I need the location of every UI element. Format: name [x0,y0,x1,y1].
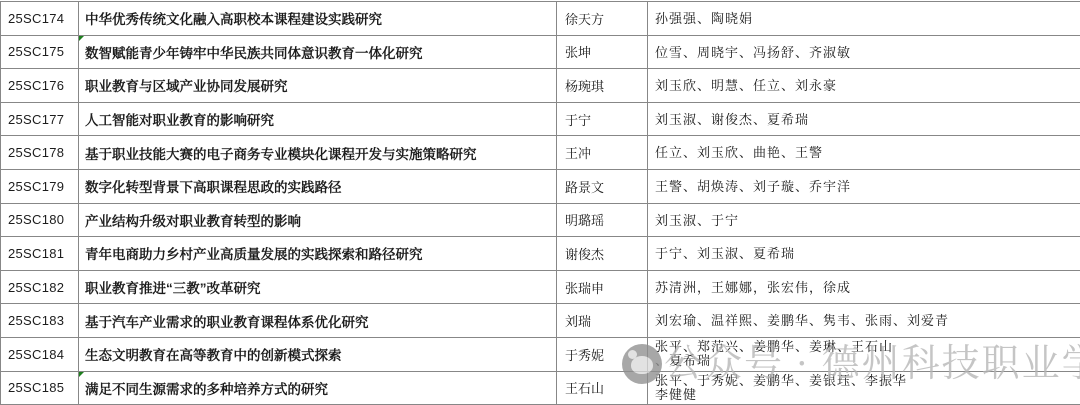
members-text: 刘玉淑、谢俊杰、夏希瑞 [655,113,809,127]
project-id-cell[interactable]: 25SC179 [1,169,79,203]
project-id-cell[interactable]: 25SC176 [1,69,79,103]
project-id-cell[interactable]: 25SC174 [1,2,79,36]
leader-cell[interactable]: 路景文 [557,169,648,203]
table-row: 25SC180 产业结构升级对职业教育转型的影响 明璐瑶 刘玉淑、于宁 [1,203,1080,237]
project-title-cell[interactable]: 生态文明教育在高等教育中的创新模式探索 [79,337,557,371]
project-title-cell[interactable]: 青年电商助力乡村产业高质量发展的实践探索和路径研究 [79,237,557,271]
leader-cell[interactable]: 杨琬琪 [557,69,648,103]
table-row: 25SC184 生态文明教育在高等教育中的创新模式探索 于秀妮 张平、郑范兴、姜… [1,337,1080,371]
table-row: 25SC182 职业教育推进“三教”改革研究 张瑞申 苏清洲，王娜娜，张宏伟，徐… [1,270,1080,304]
members-cell[interactable]: 孙强强、陶晓娟 [648,2,1080,36]
leader-cell[interactable]: 徐天方 [557,2,648,36]
members-text: 刘玉欣、明慧、任立、刘永豪 [655,79,837,93]
table-row: 25SC176 职业教育与区域产业协同发展研究 杨琬琪 刘玉欣、明慧、任立、刘永… [1,69,1080,103]
members-text: 任立、刘玉欣、曲艳、王警 [655,146,823,160]
leader-cell[interactable]: 张瑞申 [557,270,648,304]
members-cell[interactable]: 于宁、刘玉淑、夏希瑞 [648,237,1080,271]
members-cell[interactable]: 刘玉欣、明慧、任立、刘永豪 [648,69,1080,103]
table-row: 25SC177 人工智能对职业教育的影响研究 于宁 刘玉淑、谢俊杰、夏希瑞 [1,102,1080,136]
note-marker-icon [79,36,84,41]
members-text: 张平、于秀妮、姜鹏华、姜银珏、李振华 李健健 [655,374,907,402]
project-title-cell[interactable]: 人工智能对职业教育的影响研究 [79,102,557,136]
table-row: 25SC174 中华优秀传统文化融入高职校本课程建设实践研究 徐天方 孙强强、陶… [1,2,1080,36]
members-cell[interactable]: 位雪、周晓宇、冯扬舒、齐淑敏 [648,35,1080,69]
project-title-cell[interactable]: 数字化转型背景下高职课程思政的实践路径 [79,169,557,203]
project-title-cell[interactable]: 满足不同生源需求的多种培养方式的研究 [79,371,557,405]
table-row: 25SC175 数智赋能青少年铸牢中华民族共同体意识教育一体化研究 张坤 位雪、… [1,35,1080,69]
leader-cell[interactable]: 刘瑞 [557,304,648,338]
members-text: 刘宏瑜、温祥熙、姜鹏华、隽韦、张雨、刘爱青 [655,314,949,328]
members-cell[interactable]: 苏清洲，王娜娜，张宏伟，徐成 [648,270,1080,304]
table-row: 25SC179 数字化转型背景下高职课程思政的实践路径 路景文 王警、胡焕涛、刘… [1,169,1080,203]
project-id-cell[interactable]: 25SC175 [1,35,79,69]
members-text: 王警、胡焕涛、刘子璇、乔宇洋 [655,180,851,194]
spreadsheet-screenshot: 25SC174 中华优秀传统文化融入高职校本课程建设实践研究 徐天方 孙强强、陶… [0,0,1080,405]
table-row: 25SC178 基于职业技能大赛的电子商务专业模块化课程开发与实施策略研究 王冲… [1,136,1080,170]
project-title-cell[interactable]: 数智赋能青少年铸牢中华民族共同体意识教育一体化研究 [79,35,557,69]
members-text: 位雪、周晓宇、冯扬舒、齐淑敏 [655,46,851,60]
project-id-cell[interactable]: 25SC178 [1,136,79,170]
table-row: 25SC183 基于汽车产业需求的职业教育课程体系优化研究 刘瑞 刘宏瑜、温祥熙… [1,304,1080,338]
members-cell[interactable]: 任立、刘玉欣、曲艳、王警 [648,136,1080,170]
project-id-cell[interactable]: 25SC182 [1,270,79,304]
note-marker-icon [79,372,84,377]
leader-cell[interactable]: 张坤 [557,35,648,69]
project-id-cell[interactable]: 25SC184 [1,337,79,371]
table-row: 25SC181 青年电商助力乡村产业高质量发展的实践探索和路径研究 谢俊杰 于宁… [1,237,1080,271]
project-title-cell[interactable]: 职业教育与区域产业协同发展研究 [79,69,557,103]
members-cell[interactable]: 刘玉淑、谢俊杰、夏希瑞 [648,102,1080,136]
members-text: 刘玉淑、于宁 [655,214,739,228]
project-title-cell[interactable]: 基于汽车产业需求的职业教育课程体系优化研究 [79,304,557,338]
project-id-cell[interactable]: 25SC185 [1,371,79,405]
project-title-cell[interactable]: 中华优秀传统文化融入高职校本课程建设实践研究 [79,2,557,36]
leader-cell[interactable]: 于宁 [557,102,648,136]
members-text: 苏清洲，王娜娜，张宏伟，徐成 [655,281,851,295]
members-cell[interactable]: 刘宏瑜、温祥熙、姜鹏华、隽韦、张雨、刘爱青 [648,304,1080,338]
project-list-table: 25SC174 中华优秀传统文化融入高职校本课程建设实践研究 徐天方 孙强强、陶… [0,1,1080,405]
leader-cell[interactable]: 明璐瑶 [557,203,648,237]
leader-cell[interactable]: 王冲 [557,136,648,170]
leader-cell[interactable]: 王石山 [557,371,648,405]
members-text: 孙强强、陶晓娟 [655,12,753,26]
project-id-cell[interactable]: 25SC177 [1,102,79,136]
members-text: 张平、郑范兴、姜鹏华、姜琳、王石山 、夏希瑞 [655,340,893,368]
leader-cell[interactable]: 于秀妮 [557,337,648,371]
project-id-cell[interactable]: 25SC180 [1,203,79,237]
project-title-cell[interactable]: 职业教育推进“三教”改革研究 [79,270,557,304]
members-cell[interactable]: 刘玉淑、于宁 [648,203,1080,237]
members-cell[interactable]: 张平、于秀妮、姜鹏华、姜银珏、李振华 李健健 [648,371,1080,405]
members-text: 于宁、刘玉淑、夏希瑞 [655,247,795,261]
project-title-cell[interactable]: 产业结构升级对职业教育转型的影响 [79,203,557,237]
members-cell[interactable]: 张平、郑范兴、姜鹏华、姜琳、王石山 、夏希瑞 [648,337,1080,371]
project-id-cell[interactable]: 25SC183 [1,304,79,338]
project-id-cell[interactable]: 25SC181 [1,237,79,271]
leader-cell[interactable]: 谢俊杰 [557,237,648,271]
project-title-cell[interactable]: 基于职业技能大赛的电子商务专业模块化课程开发与实施策略研究 [79,136,557,170]
members-cell[interactable]: 王警、胡焕涛、刘子璇、乔宇洋 [648,169,1080,203]
table-row: 25SC185 满足不同生源需求的多种培养方式的研究 王石山 张平、于秀妮、姜鹏… [1,371,1080,405]
